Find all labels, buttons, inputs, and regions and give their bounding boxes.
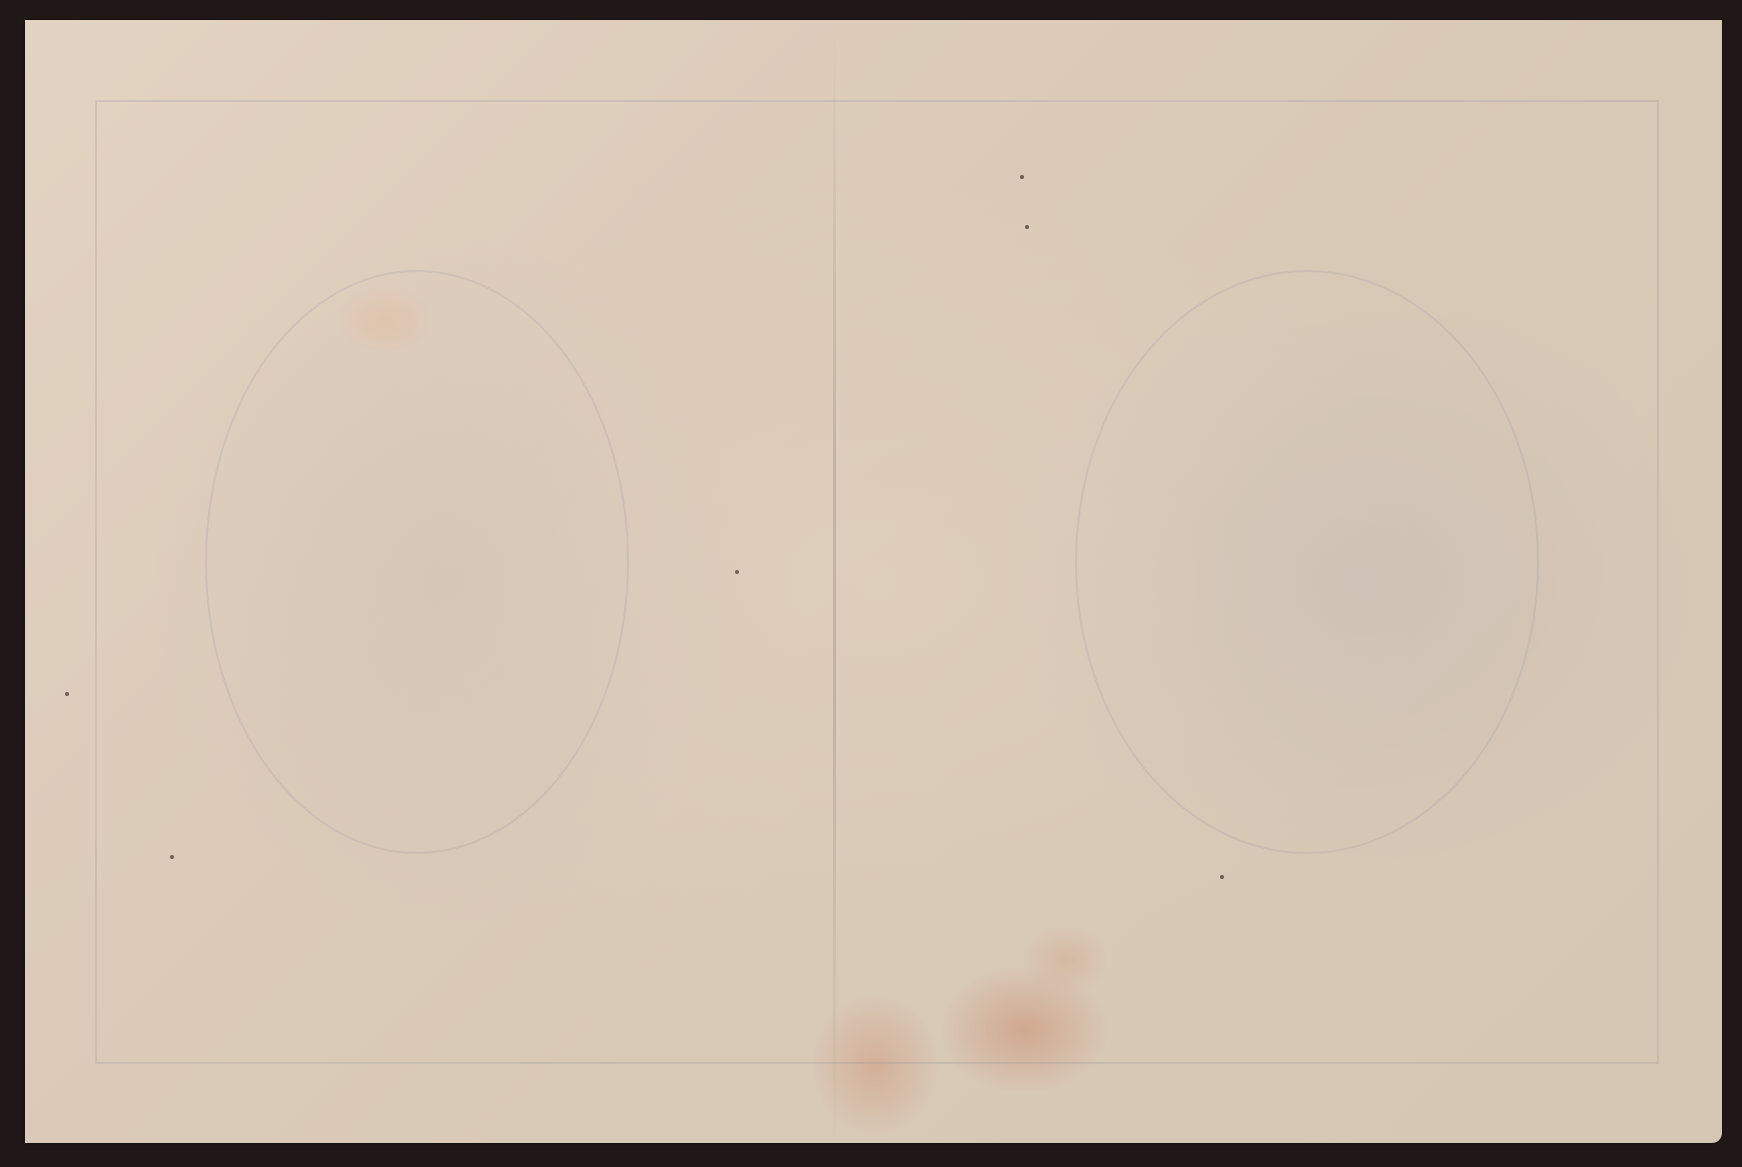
ink-speck xyxy=(735,570,739,574)
ink-speck xyxy=(65,692,69,696)
banknote-reverse xyxy=(25,20,1722,1143)
ink-speck xyxy=(1020,175,1024,179)
center-fold-crease xyxy=(833,20,836,1143)
ink-speck xyxy=(1220,875,1224,879)
ink-speck xyxy=(1025,225,1029,229)
ink-speck xyxy=(170,855,174,859)
faded-right-ornament xyxy=(1075,270,1539,854)
faded-left-ornament xyxy=(205,270,629,854)
